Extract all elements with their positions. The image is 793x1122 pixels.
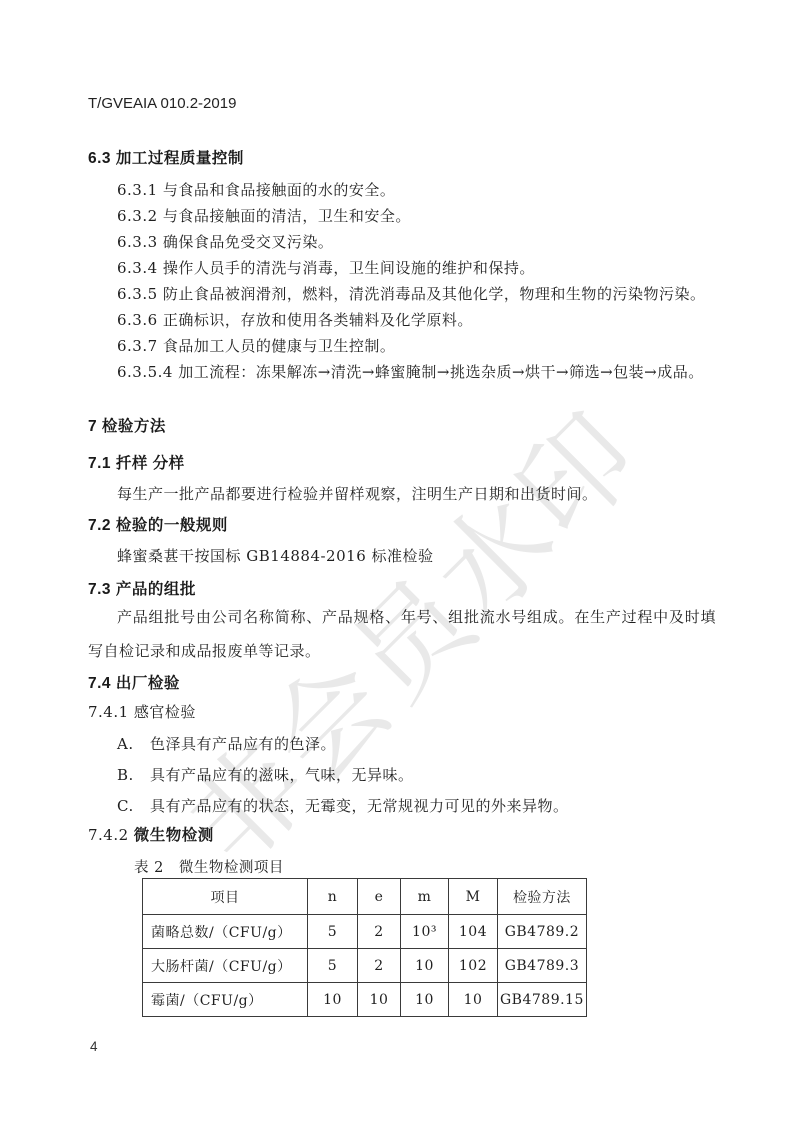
- sensory-item-b-text: 具有产品应有的滋味，气味，无异味。: [150, 766, 414, 784]
- sensory-item-b: B.具有产品应有的滋味，气味，无异味。: [117, 764, 414, 785]
- table-cell: 菌略总数/（CFU/g）: [143, 915, 308, 949]
- table-cell: 104: [449, 915, 498, 949]
- table-row: 菌略总数/（CFU/g） 5 2 10³ 104 GB4789.2: [143, 915, 587, 949]
- table-header-item: 项目: [143, 879, 308, 915]
- table-cell: GB4789.15: [498, 983, 587, 1017]
- doc-code: T/GVEAIA 010.2-2019: [88, 95, 236, 112]
- table-cell: 5: [308, 949, 358, 983]
- sensory-item-b-label: B.: [117, 766, 150, 784]
- table-cell: 102: [449, 949, 498, 983]
- heading-7-1: 7.1 扦样 分样: [88, 451, 185, 473]
- table-cell: 2: [358, 949, 401, 983]
- table-cell: 5: [308, 915, 358, 949]
- clause-6-3-6: 6.3.6 正确标识，存放和使用各类辅料及化学原料。: [117, 307, 705, 333]
- table-cell: GB4789.2: [498, 915, 587, 949]
- sensory-item-c-text: 具有产品应有的状态，无霉变，无常规视力可见的外来异物。: [150, 797, 569, 815]
- heading-7-4: 7.4 出厂检验: [88, 671, 180, 693]
- table-header-method: 检验方法: [498, 879, 587, 915]
- heading-7-4-1: 7.4.1 感官检验: [88, 701, 196, 722]
- heading-7-3: 7.3 产品的组批: [88, 577, 196, 599]
- sensory-item-c-label: C.: [117, 797, 150, 815]
- table-header-row: 项目 n e m M 检验方法: [143, 879, 587, 915]
- table-cell: GB4789.3: [498, 949, 587, 983]
- page-number: 4: [90, 1039, 98, 1054]
- table-cell: 10: [401, 983, 449, 1017]
- table-cell: 大肠杆菌/（CFU/g）: [143, 949, 308, 983]
- clause-6-3-1: 6.3.1 与食品和食品接触面的水的安全。: [117, 177, 705, 203]
- table-cell: 10: [449, 983, 498, 1017]
- table-cell: 10: [401, 949, 449, 983]
- heading-7-4-2-number: 7.4.2: [88, 826, 129, 844]
- clause-6-3-5: 6.3.5 防止食品被润滑剂，燃料，清洗消毒品及其他化学，物理和生物的污染物污染…: [117, 281, 705, 307]
- table-row: 大肠杆菌/（CFU/g） 5 2 10 102 GB4789.3: [143, 949, 587, 983]
- table-cell: 10³: [401, 915, 449, 949]
- heading-7: 7 检验方法: [88, 414, 166, 436]
- table-caption: 表 2 微生物检测项目: [134, 856, 284, 877]
- heading-7-2: 7.2 检验的一般规则: [88, 513, 228, 535]
- table-row: 霉菌/（CFU/g） 10 10 10 10 GB4789.15: [143, 983, 587, 1017]
- sensory-item-c: C.具有产品应有的状态，无霉变，无常规视力可见的外来异物。: [117, 795, 569, 816]
- table-cell: 10: [358, 983, 401, 1017]
- clause-6-3-3: 6.3.3 确保食品免受交叉污染。: [117, 229, 705, 255]
- table-header-m: m: [401, 879, 449, 915]
- clause-6-3-2: 6.3.2 与食品接触面的清洁，卫生和安全。: [117, 203, 705, 229]
- sensory-item-a-text: 色泽具有产品应有的色泽。: [150, 735, 336, 753]
- table-cell: 10: [308, 983, 358, 1017]
- document-page: T/GVEAIA 010.2-2019 6.3 加工过程质量控制 6.3.1 与…: [0, 0, 793, 1122]
- clause-6-3-4: 6.3.4 操作人员手的清洗与消毒，卫生间设施的维护和保持。: [117, 255, 705, 281]
- table-cell: 2: [358, 915, 401, 949]
- heading-6-3: 6.3 加工过程质量控制: [88, 146, 244, 168]
- paragraph-7-2: 蜂蜜桑葚干按国标 GB14884-2016 标准检验: [117, 545, 434, 566]
- table-header-e: e: [358, 879, 401, 915]
- table-header-n: n: [308, 879, 358, 915]
- sensory-item-a-label: A.: [117, 735, 150, 753]
- table-header-M: M: [449, 879, 498, 915]
- paragraph-7-1: 每生产一批产品都要进行检验并留样观察，注明生产日期和出货时间。: [117, 483, 598, 504]
- clause-6-3-5-4: 6.3.5.4 加工流程：冻果解冻→清洗→蜂蜜腌制→挑选杂质→烘干→筛选→包装→…: [117, 359, 705, 385]
- heading-7-4-2: 7.4.2 微生物检测: [88, 823, 214, 845]
- clause-list-6-3: 6.3.1 与食品和食品接触面的水的安全。 6.3.2 与食品接触面的清洁，卫生…: [117, 177, 705, 385]
- microbiology-table: 项目 n e m M 检验方法 菌略总数/（CFU/g） 5 2 10³ 104…: [142, 878, 587, 1017]
- heading-7-4-2-title: 微生物检测: [134, 827, 214, 844]
- sensory-item-a: A.色泽具有产品应有的色泽。: [117, 733, 336, 754]
- clause-6-3-7: 6.3.7 食品加工人员的健康与卫生控制。: [117, 333, 705, 359]
- table-cell: 霉菌/（CFU/g）: [143, 983, 308, 1017]
- paragraph-7-3: 产品组批号由公司名称简称、产品规格、年号、组批流水号组成。在生产过程中及时填写自…: [88, 600, 716, 668]
